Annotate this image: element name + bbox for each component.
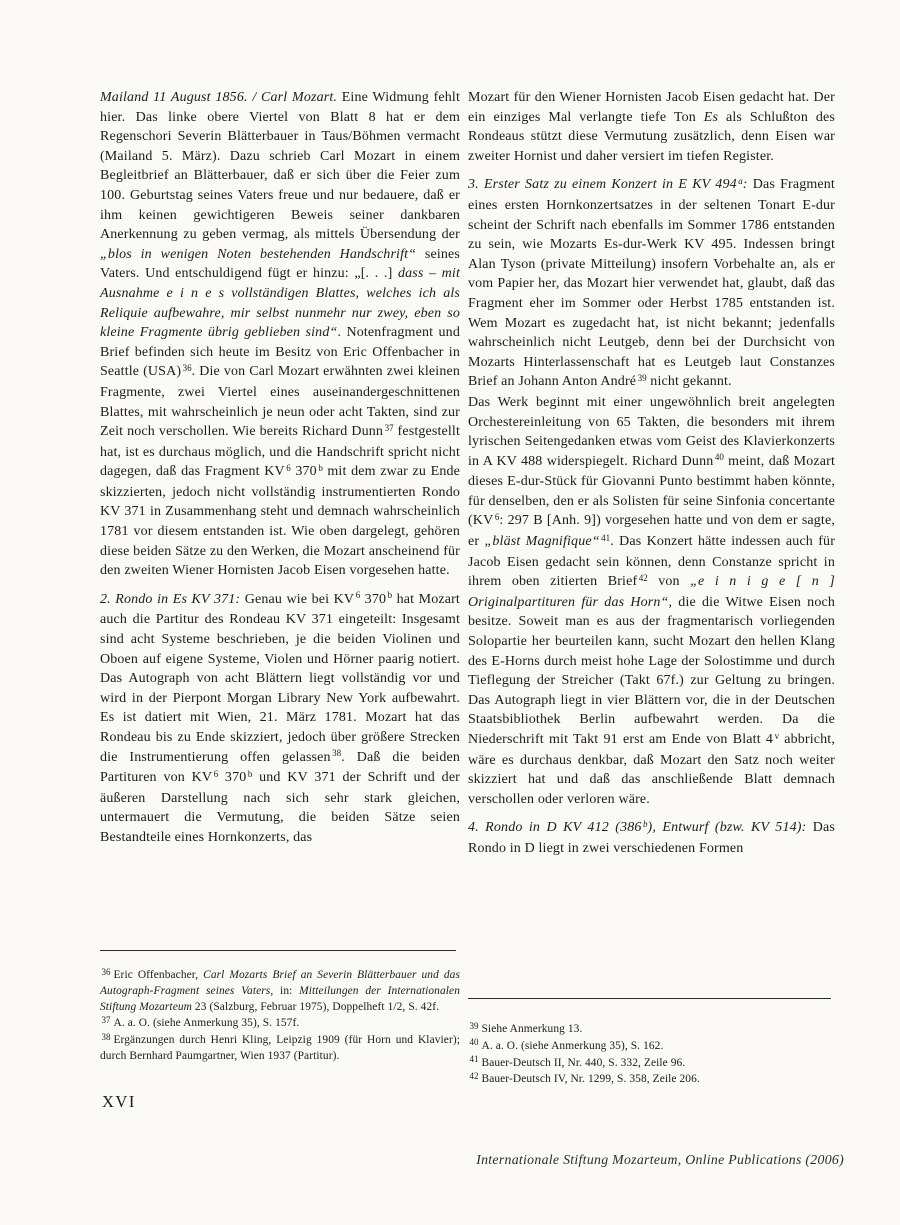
footer-credit: Internationale Stiftung Mozarteum, Onlin… [476, 1152, 844, 1168]
footnote-marker: 37 [102, 1015, 111, 1025]
text-run: 23 (Salzburg, Februar 1975), Doppelheft … [192, 1001, 439, 1013]
paragraph: Mozart für den Wiener Hornisten Jacob Ei… [468, 88, 835, 166]
right-column: Mozart für den Wiener Hornisten Jacob Ei… [468, 88, 835, 859]
text-run: , die die Witwe Eisen noch besitze. Sowe… [468, 595, 835, 747]
text-run: ), Entwurf (bzw. KV 514): [648, 820, 807, 835]
text-run: 370 [291, 464, 317, 479]
footnote-reference: 39 [638, 373, 647, 383]
footnote-reference: 42 [639, 573, 648, 583]
text-run: nicht gekannt. [647, 374, 732, 389]
text-run: Eine Widmung fehlt hier. Das linke obere… [100, 90, 460, 242]
text-run: von [648, 574, 690, 589]
footnote-reference: b [318, 463, 323, 473]
footnote-reference: 6 [356, 590, 361, 600]
text-run: Bauer-Deutsch IV, Nr. 1299, S. 358, Zeil… [482, 1073, 700, 1085]
footnote-marker: 42 [470, 1071, 479, 1081]
text-run: 370 [360, 592, 386, 607]
text-run: Genau wie bei KV [240, 592, 354, 607]
paragraph: Das Werk beginnt mit einer ungewöhnlich … [468, 393, 835, 809]
page-number: XVI [102, 1092, 136, 1112]
right-footnote-list: 39Siehe Anmerkung 13.40A. a. O. (siehe A… [468, 1022, 835, 1088]
footnote: 41Bauer-Deutsch II, Nr. 440, S. 332, Zei… [468, 1056, 835, 1072]
text-run: Ergänzungen durch Henri Kling, Leipzig 1… [100, 1034, 460, 1062]
text-run: 4. Rondo in D KV 412 (386 [468, 820, 642, 835]
text-run: , in: [270, 985, 299, 997]
text-run: „blos in wenigen Noten bestehenden Hands… [100, 247, 416, 262]
footnote: 40A. a. O. (siehe Anmerkung 35), S. 162. [468, 1039, 835, 1055]
footnote: 37A. a. O. (siehe Anmerkung 35), S. 157f… [100, 1016, 460, 1032]
text-run: Das Fragment eines ersten Hornkonzertsat… [468, 177, 835, 389]
scanned-page: Mailand 11 August 1856. / Carl Mozart. E… [0, 0, 900, 1225]
left-footnotes: 36Eric Offenbacher, Carl Mozarts Brief a… [100, 950, 460, 1066]
footnote: 42Bauer-Deutsch IV, Nr. 1299, S. 358, Ze… [468, 1072, 835, 1088]
text-run: 370 [218, 770, 246, 785]
footnote-reference: 6 [495, 512, 500, 522]
footnote-reference: 6 [286, 463, 291, 473]
text-run: hat Mozart auch die Partitur des Rondeau… [100, 592, 460, 765]
footnote-reference: 38 [332, 748, 341, 758]
footnote-marker: 41 [470, 1054, 479, 1064]
text-run: mit dem zwar zu Ende skizzierten, jedoch… [100, 464, 460, 578]
footnote: 36Eric Offenbacher, Carl Mozarts Brief a… [100, 968, 460, 1015]
footnote-reference: b [388, 590, 393, 600]
footnote-reference: 40 [715, 452, 724, 462]
footnote-reference: b [643, 819, 648, 829]
text-run: A. a. O. (siehe Anmerkung 35), S. 162. [482, 1040, 664, 1052]
footnote-reference: 6 [214, 769, 219, 779]
paragraph: 2. Rondo in Es KV 371: Genau wie bei KV6… [100, 590, 460, 848]
footnote-reference: 37 [385, 423, 394, 433]
left-footnote-list: 36Eric Offenbacher, Carl Mozarts Brief a… [100, 968, 460, 1065]
paragraph: Mailand 11 August 1856. / Carl Mozart. E… [100, 88, 460, 581]
footnote-reference: 36 [183, 363, 192, 373]
text-run: 3. Erster Satz zu einem Konzert in E KV … [468, 177, 737, 192]
footnote-marker: 39 [470, 1021, 479, 1031]
footnote-divider [468, 998, 831, 999]
footnote: 38Ergänzungen durch Henri Kling, Leipzig… [100, 1033, 460, 1065]
right-footnotes: 39Siehe Anmerkung 13.40A. a. O. (siehe A… [468, 998, 835, 1089]
footnote-reference: 41 [601, 533, 610, 543]
text-run: Mailand 11 August 1856. / Carl Mozart. [100, 90, 337, 105]
text-run: Eric Offenbacher, [114, 969, 204, 981]
footnote-reference: a [738, 176, 743, 186]
text-run: 2. Rondo in Es KV 371: [100, 592, 240, 607]
paragraph: 3. Erster Satz zu einem Konzert in E KV … [468, 175, 835, 393]
footnote: 39Siehe Anmerkung 13. [468, 1022, 835, 1038]
text-run: Es [704, 110, 718, 125]
text-run: Bauer-Deutsch II, Nr. 440, S. 332, Zeile… [482, 1057, 686, 1069]
text-run: Siehe Anmerkung 13. [482, 1023, 583, 1035]
footnote-reference: v [775, 731, 780, 741]
left-column: Mailand 11 August 1856. / Carl Mozart. E… [100, 88, 460, 848]
footnote-marker: 40 [470, 1037, 479, 1047]
footnote-marker: 38 [102, 1032, 111, 1042]
paragraph: 4. Rondo in D KV 412 (386b), Entwurf (bz… [468, 818, 835, 858]
text-run: „bläst Magnifique“ [484, 534, 599, 549]
footnote-reference: b [248, 769, 253, 779]
text-run: A. a. O. (siehe Anmerkung 35), S. 157f. [114, 1017, 300, 1029]
footnote-divider [100, 950, 456, 951]
footnote-marker: 36 [102, 967, 111, 977]
